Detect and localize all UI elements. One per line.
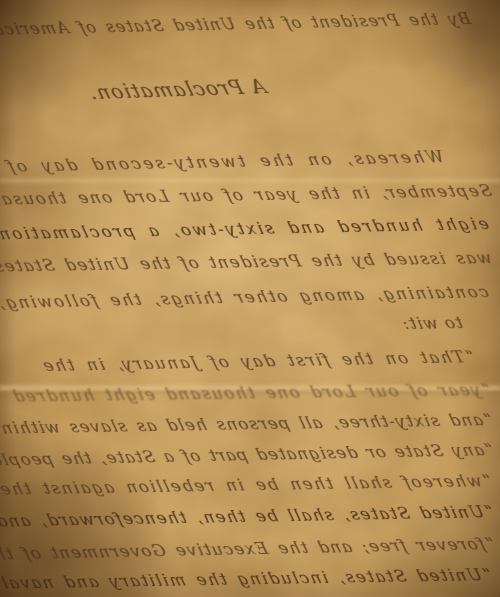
proclamation-line: “and sixty-three, all persons held as sl… — [0, 410, 495, 438]
paper-crease — [0, 176, 500, 185]
document-title: A Proclamation. — [85, 74, 269, 104]
proclamation-line: containing, among other things, the foll… — [0, 282, 491, 312]
proclamation-line: “United States, including the military a… — [0, 565, 494, 592]
proclamation-line: “forever free; and the Executive Governm… — [0, 534, 497, 564]
proclamation-line: September, in the year of our Lord one t… — [0, 181, 494, 209]
proclamation-line: “whereof shall then be in rebellion agai… — [0, 471, 494, 499]
parchment-texture — [0, 0, 500, 597]
parchment-page: By the President of the United States of… — [0, 0, 500, 597]
proclamation-line: to wit: — [400, 313, 465, 333]
proclamation-line: “year of our Lord one thousand eight hun… — [10, 380, 493, 406]
proclamation-line: “United States, shall be then, thencefor… — [0, 502, 496, 530]
proclamation-line: “any State or designated part of a State… — [0, 440, 496, 469]
proclamation-line: “That on the first day of January, in th… — [39, 347, 477, 375]
proclamation-line: was issued by the President of the Unite… — [0, 248, 494, 276]
page-vignette — [0, 0, 500, 597]
proclamation-line: eight hundred and sixty-two, a proclamat… — [0, 214, 491, 243]
proclamation-line: Whereas, on the twenty-second day of — [3, 147, 446, 176]
document-heading: By the President of the United States of… — [0, 9, 473, 39]
mirrored-text-layer: By the President of the United States of… — [0, 0, 500, 597]
paper-crease — [0, 383, 500, 395]
